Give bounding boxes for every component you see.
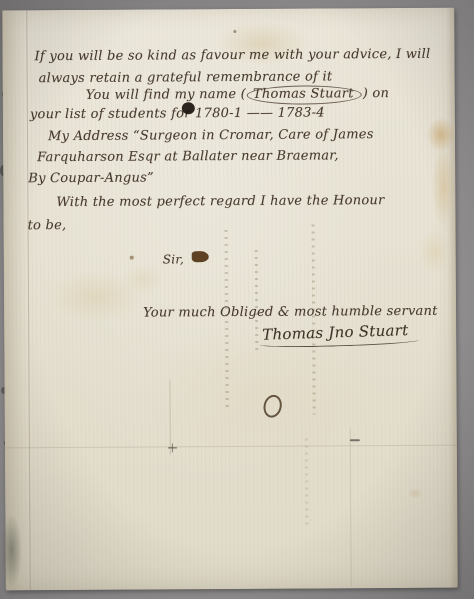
closing-line: Your much Obliged & most humble servant xyxy=(143,305,438,320)
crease-line xyxy=(5,445,457,449)
speck-on-paper xyxy=(130,256,134,260)
stain xyxy=(420,230,450,274)
ink-showthrough xyxy=(305,439,309,529)
cross-mark xyxy=(168,443,177,452)
stain xyxy=(407,488,423,499)
stain xyxy=(122,264,164,294)
paper-left-edge xyxy=(2,10,31,590)
handwriting-line: By Coupar-Angus” xyxy=(28,171,154,185)
handwriting-line: your list of students for 1780-1 —— 1783… xyxy=(30,106,325,121)
letter-page: If you will be so kind as favour me with… xyxy=(2,8,458,591)
paper-right-edge xyxy=(446,8,458,588)
handwriting-line: You will find my name (Thomas Stuart) on xyxy=(86,85,389,106)
name-line-suffix: ) on xyxy=(363,86,389,101)
ink-showthrough xyxy=(255,250,259,350)
handwriting-line: Farquharson Esqr at Ballater near Braema… xyxy=(37,149,339,164)
handwriting-line: always retain a grateful remembrance of … xyxy=(39,70,333,85)
handwriting-line: If you will be so kind as favour me with… xyxy=(34,48,430,63)
name-line-prefix: You will find my name ( xyxy=(86,87,246,103)
crease-line xyxy=(350,428,352,586)
handwriting-line: With the most perfect regard I have the … xyxy=(56,194,384,209)
letter-scan: If you will be so kind as favour me with… xyxy=(0,0,474,599)
stain xyxy=(49,272,141,323)
ink-blot xyxy=(192,251,209,262)
salutation-sir: Sir, xyxy=(163,253,184,265)
speck-on-paper xyxy=(233,30,236,33)
handwriting-line: to be, xyxy=(28,219,67,232)
stain xyxy=(144,328,375,459)
handwriting-line: My Address “Surgeon in Cromar, Care of J… xyxy=(48,128,374,143)
circled-name: Thomas Stuart xyxy=(247,85,362,105)
tick-mark xyxy=(350,439,360,441)
crease-line xyxy=(169,379,170,454)
ink-circle-mark xyxy=(261,393,284,420)
